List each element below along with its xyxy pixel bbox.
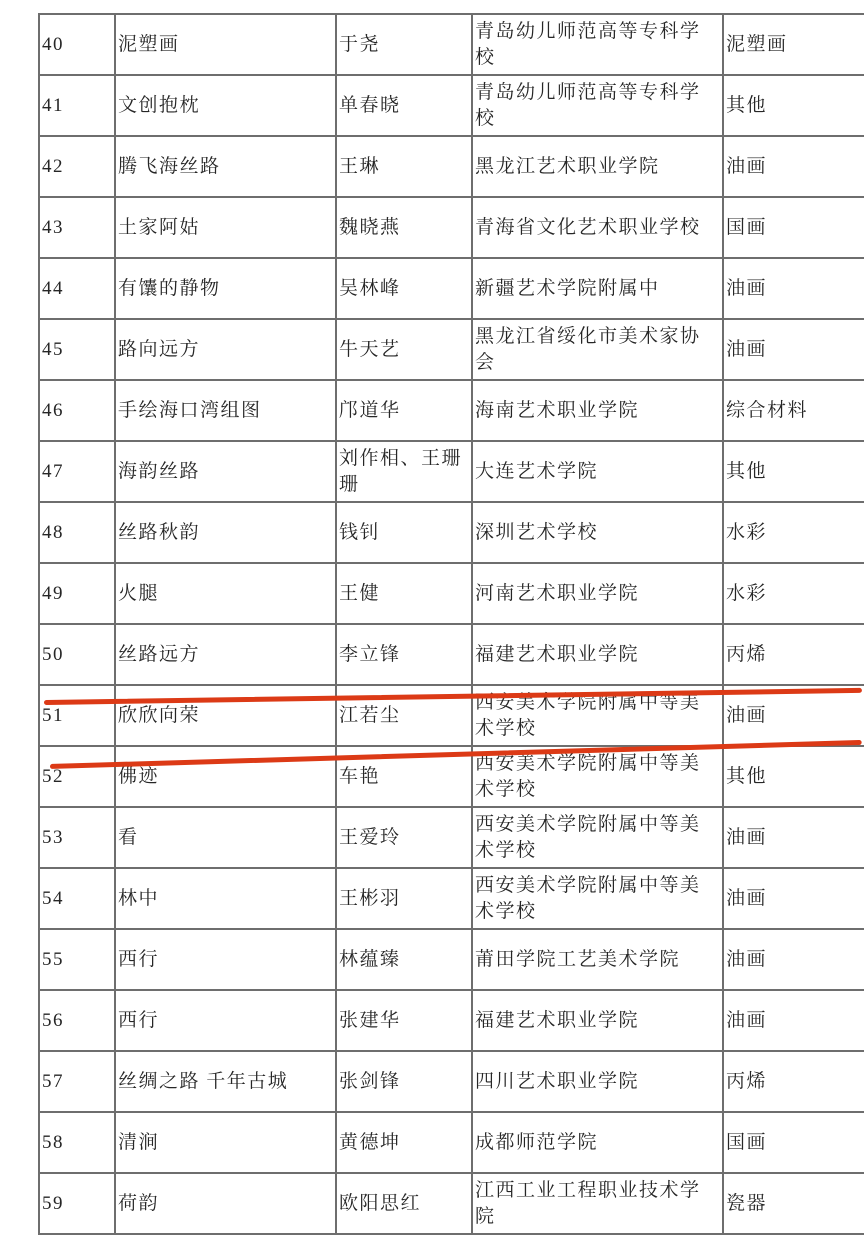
table-row: 46 手绘海口湾组图 邝道华 海南艺术职业学院 综合材料 <box>39 380 864 441</box>
cell-category: 油画 <box>723 868 864 929</box>
cell-institution: 西安美术学院附属中等美术学校 <box>472 868 723 929</box>
cell-artwork-title: 丝绸之路 千年古城 <box>115 1051 336 1112</box>
cell-category: 其他 <box>723 75 864 136</box>
cell-artwork-title: 腾飞海丝路 <box>115 136 336 197</box>
cell-institution: 黑龙江艺术职业学院 <box>472 136 723 197</box>
cell-category: 水彩 <box>723 502 864 563</box>
cell-category: 其他 <box>723 441 864 502</box>
cell-author: 欧阳思红 <box>336 1173 472 1234</box>
cell-category: 油画 <box>723 929 864 990</box>
cell-artwork-title: 手绘海口湾组图 <box>115 380 336 441</box>
cell-category: 丙烯 <box>723 624 864 685</box>
cell-author: 王健 <box>336 563 472 624</box>
cell-author: 吴林峰 <box>336 258 472 319</box>
cell-number: 47 <box>39 441 115 502</box>
table-row: 56 西行 张建华 福建艺术职业学院 油画 <box>39 990 864 1051</box>
cell-artwork-title: 看 <box>115 807 336 868</box>
table-row: 48 丝路秋韵 钱钊 深圳艺术学校 水彩 <box>39 502 864 563</box>
cell-author: 林蕴臻 <box>336 929 472 990</box>
cell-institution: 江西工业工程职业技术学院 <box>472 1173 723 1234</box>
cell-category: 瓷器 <box>723 1173 864 1234</box>
cell-number: 56 <box>39 990 115 1051</box>
cell-category: 丙烯 <box>723 1051 864 1112</box>
table-row: 57 丝绸之路 千年古城 张剑锋 四川艺术职业学院 丙烯 <box>39 1051 864 1112</box>
table-row: 40 泥塑画 于尧 青岛幼儿师范高等专科学校 泥塑画 <box>39 14 864 75</box>
cell-number: 50 <box>39 624 115 685</box>
cell-artwork-title: 林中 <box>115 868 336 929</box>
table-row: 43 土家阿姑 魏晓燕 青海省文化艺术职业学校 国画 <box>39 197 864 258</box>
cell-number: 42 <box>39 136 115 197</box>
cell-institution: 河南艺术职业学院 <box>472 563 723 624</box>
cell-author: 王爱玲 <box>336 807 472 868</box>
table-row: 50 丝路远方 李立锋 福建艺术职业学院 丙烯 <box>39 624 864 685</box>
table-row: 45 路向远方 牛天艺 黑龙江省绥化市美术家协会 油画 <box>39 319 864 380</box>
cell-artwork-title: 路向远方 <box>115 319 336 380</box>
cell-number: 40 <box>39 14 115 75</box>
cell-institution: 新疆艺术学院附属中 <box>472 258 723 319</box>
cell-number: 44 <box>39 258 115 319</box>
cell-category: 国画 <box>723 197 864 258</box>
cell-artwork-title: 西行 <box>115 929 336 990</box>
cell-category: 油画 <box>723 258 864 319</box>
table-row: 49 火腿 王健 河南艺术职业学院 水彩 <box>39 563 864 624</box>
cell-author: 张建华 <box>336 990 472 1051</box>
cell-category: 油画 <box>723 807 864 868</box>
cell-number: 43 <box>39 197 115 258</box>
cell-author: 单春晓 <box>336 75 472 136</box>
cell-category: 油画 <box>723 990 864 1051</box>
cell-artwork-title: 文创抱枕 <box>115 75 336 136</box>
cell-artwork-title: 荷韵 <box>115 1173 336 1234</box>
table-row: 44 有馕的静物 吴林峰 新疆艺术学院附属中 油画 <box>39 258 864 319</box>
awards-table: 40 泥塑画 于尧 青岛幼儿师范高等专科学校 泥塑画 41 文创抱枕 单春晓 青… <box>38 13 864 1235</box>
table-row: 47 海韵丝路 刘作相、王珊珊 大连艺术学院 其他 <box>39 441 864 502</box>
cell-number: 59 <box>39 1173 115 1234</box>
table-body: 40 泥塑画 于尧 青岛幼儿师范高等专科学校 泥塑画 41 文创抱枕 单春晓 青… <box>39 14 864 1234</box>
cell-number: 52 <box>39 746 115 807</box>
cell-author: 王彬羽 <box>336 868 472 929</box>
cell-artwork-title: 西行 <box>115 990 336 1051</box>
cell-institution: 海南艺术职业学院 <box>472 380 723 441</box>
cell-artwork-title: 海韵丝路 <box>115 441 336 502</box>
cell-artwork-title: 清涧 <box>115 1112 336 1173</box>
cell-author: 钱钊 <box>336 502 472 563</box>
table-row: 58 清涧 黄德坤 成都师范学院 国画 <box>39 1112 864 1173</box>
cell-institution: 青岛幼儿师范高等专科学校 <box>472 14 723 75</box>
cell-institution: 成都师范学院 <box>472 1112 723 1173</box>
cell-artwork-title: 有馕的静物 <box>115 258 336 319</box>
table-row: 53 看 王爱玲 西安美术学院附属中等美术学校 油画 <box>39 807 864 868</box>
cell-artwork-title: 土家阿姑 <box>115 197 336 258</box>
cell-institution: 黑龙江省绥化市美术家协会 <box>472 319 723 380</box>
cell-category: 泥塑画 <box>723 14 864 75</box>
cell-institution: 四川艺术职业学院 <box>472 1051 723 1112</box>
cell-number: 55 <box>39 929 115 990</box>
cell-institution: 福建艺术职业学院 <box>472 990 723 1051</box>
cell-artwork-title: 火腿 <box>115 563 336 624</box>
cell-author: 王琳 <box>336 136 472 197</box>
cell-institution: 福建艺术职业学院 <box>472 624 723 685</box>
cell-institution: 西安美术学院附属中等美术学校 <box>472 807 723 868</box>
table-row: 55 西行 林蕴臻 莆田学院工艺美术学院 油画 <box>39 929 864 990</box>
cell-number: 48 <box>39 502 115 563</box>
cell-institution: 青岛幼儿师范高等专科学校 <box>472 75 723 136</box>
cell-artwork-title: 丝路远方 <box>115 624 336 685</box>
cell-author: 李立锋 <box>336 624 472 685</box>
cell-number: 41 <box>39 75 115 136</box>
cell-author: 刘作相、王珊珊 <box>336 441 472 502</box>
cell-number: 53 <box>39 807 115 868</box>
cell-number: 49 <box>39 563 115 624</box>
cell-author: 邝道华 <box>336 380 472 441</box>
cell-author: 魏晓燕 <box>336 197 472 258</box>
cell-number: 54 <box>39 868 115 929</box>
cell-number: 58 <box>39 1112 115 1173</box>
cell-author: 黄德坤 <box>336 1112 472 1173</box>
cell-category: 油画 <box>723 136 864 197</box>
cell-institution: 大连艺术学院 <box>472 441 723 502</box>
cell-author: 张剑锋 <box>336 1051 472 1112</box>
cell-category: 油画 <box>723 319 864 380</box>
awards-table-container: 40 泥塑画 于尧 青岛幼儿师范高等专科学校 泥塑画 41 文创抱枕 单春晓 青… <box>38 13 864 1235</box>
cell-artwork-title: 欣欣向荣 <box>115 685 336 746</box>
table-row: 59 荷韵 欧阳思红 江西工业工程职业技术学院 瓷器 <box>39 1173 864 1234</box>
cell-institution: 深圳艺术学校 <box>472 502 723 563</box>
cell-artwork-title: 佛迹 <box>115 746 336 807</box>
cell-category: 国画 <box>723 1112 864 1173</box>
cell-category: 综合材料 <box>723 380 864 441</box>
cell-category: 其他 <box>723 746 864 807</box>
cell-author: 牛天艺 <box>336 319 472 380</box>
cell-number: 57 <box>39 1051 115 1112</box>
cell-number: 45 <box>39 319 115 380</box>
cell-artwork-title: 丝路秋韵 <box>115 502 336 563</box>
table-row: 54 林中 王彬羽 西安美术学院附属中等美术学校 油画 <box>39 868 864 929</box>
table-row: 41 文创抱枕 单春晓 青岛幼儿师范高等专科学校 其他 <box>39 75 864 136</box>
cell-author: 于尧 <box>336 14 472 75</box>
cell-artwork-title: 泥塑画 <box>115 14 336 75</box>
cell-institution: 青海省文化艺术职业学校 <box>472 197 723 258</box>
cell-institution: 莆田学院工艺美术学院 <box>472 929 723 990</box>
table-row: 42 腾飞海丝路 王琳 黑龙江艺术职业学院 油画 <box>39 136 864 197</box>
cell-number: 46 <box>39 380 115 441</box>
cell-number: 51 <box>39 685 115 746</box>
cell-category: 水彩 <box>723 563 864 624</box>
document-page: { "table": { "rows": [ {"number": "40", … <box>0 0 864 1247</box>
